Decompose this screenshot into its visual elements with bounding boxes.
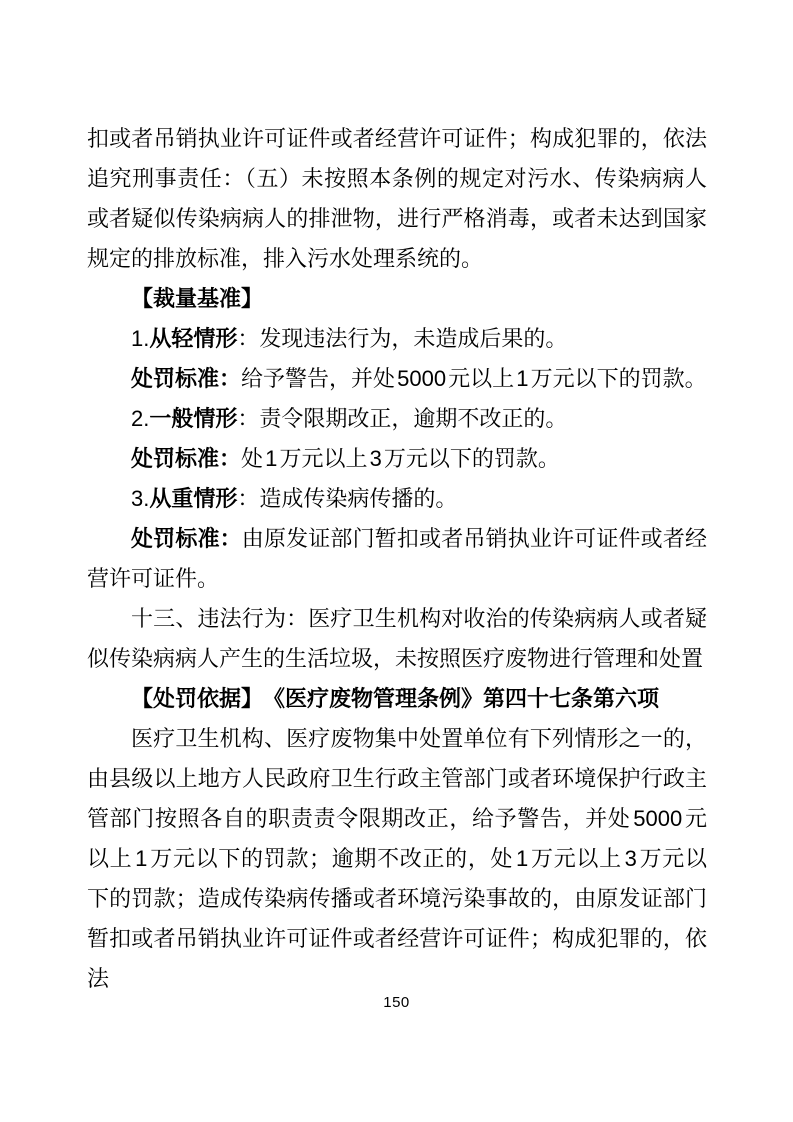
- text-run: 处罚标准：: [131, 366, 241, 391]
- text-run: 一般情形: [149, 406, 237, 431]
- para-regulation-text: 医疗卫生机构、医疗废物集中处置单位有下列情形之一的，由县级以上地方人民政府卫生行…: [87, 719, 707, 999]
- text-run: 从重情形: [149, 486, 237, 511]
- document-page: { "page": { "number": "150" }, "document…: [0, 0, 793, 1122]
- para-severe-case: 3.从重情形：造成传染病传播的。: [87, 479, 707, 519]
- text-run: 1.: [131, 326, 149, 351]
- text-run: 从轻情形: [149, 326, 237, 351]
- page-background: 扣或者吊销执业许可证件或者经营许可证件；构成犯罪的，依法追究刑事责任：（五）未按…: [0, 0, 793, 1122]
- text-run: 十三、违法行为：医疗卫生机构对收治的传染病病人或者疑似传染病病人产生的生活垃圾，…: [87, 606, 707, 671]
- para-general-penalty-standard: 处罚标准：处 1 万元以上 3 万元以下的罚款。: [87, 439, 707, 479]
- para-lenient-case: 1.从轻情形：发现违法行为，未造成后果的。: [87, 319, 707, 359]
- text-run: 【裁量基准】: [131, 286, 263, 311]
- document-body: 扣或者吊销执业许可证件或者经营许可证件；构成犯罪的，依法追究刑事责任：（五）未按…: [87, 119, 707, 999]
- text-run: 医疗卫生机构、医疗废物集中处置单位有下列情形之一的，由县级以上地方人民政府卫生行…: [87, 726, 707, 991]
- para-heading-penalty-basis: 【处罚依据】 《医疗废物管理条例》第四十七条第六项: [87, 679, 707, 719]
- text-run: 给予警告，并处 5000 元以上 1 万元以下的罚款。: [241, 366, 707, 391]
- text-run: 处罚标准：: [131, 446, 241, 471]
- text-run: ：发现违法行为，未造成后果的。: [237, 326, 567, 351]
- para-item-13-illegal-act: 十三、违法行为：医疗卫生机构对收治的传染病病人或者疑似传染病病人产生的生活垃圾，…: [87, 599, 707, 679]
- page-number: 150: [0, 993, 793, 1013]
- text-run: 处 1 万元以上 3 万元以下的罚款。: [241, 446, 560, 471]
- text-run: 扣或者吊销执业许可证件或者经营许可证件；构成犯罪的，依法追究刑事责任：（五）未按…: [87, 126, 707, 271]
- text-run: ：造成传染病传播的。: [237, 486, 457, 511]
- para-severe-penalty-standard: 处罚标准：由原发证部门暂扣或者吊销执业许可证件或者经营许可证件。: [87, 519, 707, 599]
- text-run: 处罚标准：: [131, 526, 242, 551]
- text-run: 3.: [131, 486, 149, 511]
- para-general-case: 2.一般情形：责令限期改正，逾期不改正的。: [87, 399, 707, 439]
- text-run: ：责令限期改正，逾期不改正的。: [237, 406, 567, 431]
- text-run: 【处罚依据】 《医疗废物管理条例》第四十七条第六项: [131, 686, 659, 711]
- para-heading-discretion-benchmark: 【裁量基准】: [87, 279, 707, 319]
- text-run: 2.: [131, 406, 149, 431]
- para-continuation-penalty: 扣或者吊销执业许可证件或者经营许可证件；构成犯罪的，依法追究刑事责任：（五）未按…: [87, 119, 707, 279]
- para-lenient-penalty-standard: 处罚标准：给予警告，并处 5000 元以上 1 万元以下的罚款。: [87, 359, 707, 399]
